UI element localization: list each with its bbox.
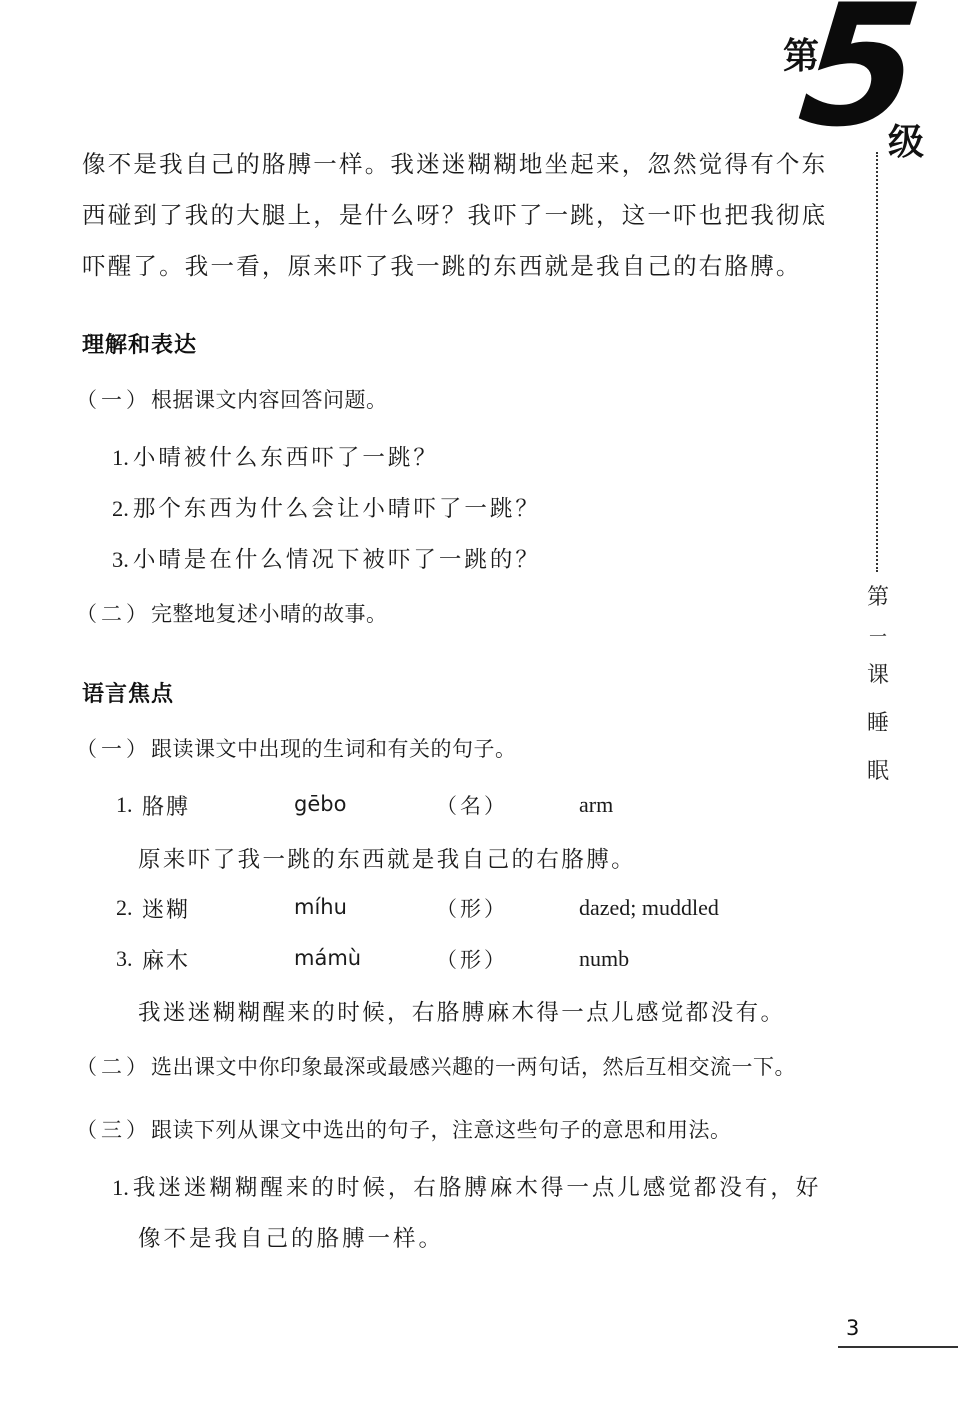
vocab-hanzi: 麻木 bbox=[142, 944, 190, 975]
vocab-pinyin: mámù bbox=[294, 946, 361, 970]
side-char: 一 bbox=[869, 626, 887, 650]
lesson-side-label: 第 一 课 睡 眠 bbox=[864, 586, 892, 784]
task-text: 跟读下列从课文中选出的句子，注意这些句子的意思和用法。 bbox=[151, 1118, 732, 1142]
side-char: 第 bbox=[867, 586, 889, 610]
vocab-example: 原来吓了我一跳的东西就是我自己的右胳膊。 bbox=[138, 842, 636, 874]
passage-line: 西碰到了我的大腿上，是什么呀？我吓了一跳，这一吓也把我彻底 bbox=[82, 196, 827, 230]
practice-sentence: 1.我迷迷糊糊醒来的时候，右胳膊麻木得一点儿感觉都没有，好 bbox=[112, 1170, 821, 1202]
question-item: 3.小晴是在什么情况下被吓了一跳的？ bbox=[112, 542, 541, 574]
task-text: 根据课文内容回答问题。 bbox=[151, 388, 388, 412]
vocab-pinyin: gēbo bbox=[294, 792, 346, 816]
task-text: 完整地复述小晴的故事。 bbox=[151, 602, 388, 626]
side-char: 睡 bbox=[867, 712, 889, 736]
vocab-example: 我迷迷糊糊醒来的时候，右胳膊麻木得一点儿感觉都没有。 bbox=[138, 995, 785, 1027]
comprehension-task-1: （一）根据课文内容回答问题。 bbox=[76, 384, 388, 414]
passage-line: 像不是我自己的胳膊一样。我迷迷糊糊地坐起来，忽然觉得有个东 bbox=[82, 145, 827, 179]
question-number: 2. bbox=[112, 496, 129, 521]
sentence-number: 1. bbox=[112, 1175, 129, 1200]
sentence-line-continued: 像不是我自己的胳膊一样。 bbox=[138, 1221, 444, 1253]
vocab-part-of-speech: （名） bbox=[436, 790, 508, 820]
language-task-3: （三）跟读下列从课文中选出的句子，注意这些句子的意思和用法。 bbox=[76, 1114, 732, 1144]
sentence-line: 我迷迷糊糊醒来的时候，右胳膊麻木得一点儿感觉都没有，好 bbox=[133, 1175, 822, 1201]
vocab-part-of-speech: （形） bbox=[436, 944, 508, 974]
page-number: 3 bbox=[846, 1316, 859, 1340]
vocab-hanzi: 胳膊 bbox=[142, 790, 190, 821]
vocab-number: 2. bbox=[116, 895, 133, 921]
task-text: 选出课文中你印象最深或最感兴趣的一两句话，然后互相交流一下。 bbox=[151, 1055, 796, 1079]
vocab-english: arm bbox=[579, 792, 613, 818]
vocab-number: 3. bbox=[116, 946, 133, 972]
side-char: 课 bbox=[867, 664, 889, 688]
side-dotted-rule bbox=[876, 152, 878, 572]
vocab-hanzi: 迷糊 bbox=[142, 893, 190, 924]
page-number-rule bbox=[838, 1346, 958, 1348]
question-text: 那个东西为什么会让小晴吓了一跳？ bbox=[133, 496, 541, 522]
language-task-2: （二）选出课文中你印象最深或最感兴趣的一两句话，然后互相交流一下。 bbox=[76, 1051, 796, 1081]
passage-line: 吓醒了。我一看，原来吓了我一跳的东西就是我自己的右胳膊。 bbox=[82, 247, 802, 281]
task-marker: （一） bbox=[76, 737, 151, 761]
vocab-english: numb bbox=[579, 946, 629, 972]
level-suffix: 级 bbox=[888, 114, 924, 165]
question-item: 1.小晴被什么东西吓了一跳？ bbox=[112, 440, 439, 472]
question-text: 小晴被什么东西吓了一跳？ bbox=[133, 445, 439, 471]
side-char: 眠 bbox=[867, 760, 889, 784]
task-text: 跟读课文中出现的生词和有关的句子。 bbox=[151, 737, 517, 761]
section-heading-language-focus: 语言焦点 bbox=[82, 677, 174, 708]
task-marker: （二） bbox=[76, 1055, 151, 1079]
task-marker: （三） bbox=[76, 1118, 151, 1142]
question-item: 2.那个东西为什么会让小晴吓了一跳？ bbox=[112, 491, 541, 523]
question-number: 3. bbox=[112, 547, 129, 572]
vocab-english: dazed; muddled bbox=[579, 895, 719, 921]
comprehension-task-2: （二）完整地复述小晴的故事。 bbox=[76, 598, 388, 628]
vocab-part-of-speech: （形） bbox=[436, 893, 508, 923]
vocab-number: 1. bbox=[116, 792, 133, 818]
section-heading-comprehension: 理解和表达 bbox=[82, 328, 197, 359]
language-task-1: （一）跟读课文中出现的生词和有关的句子。 bbox=[76, 733, 517, 763]
task-marker: （一） bbox=[76, 388, 151, 412]
vocab-pinyin: míhu bbox=[294, 895, 347, 919]
task-marker: （二） bbox=[76, 602, 151, 626]
question-number: 1. bbox=[112, 445, 129, 470]
question-text: 小晴是在什么情况下被吓了一跳的？ bbox=[133, 547, 541, 573]
